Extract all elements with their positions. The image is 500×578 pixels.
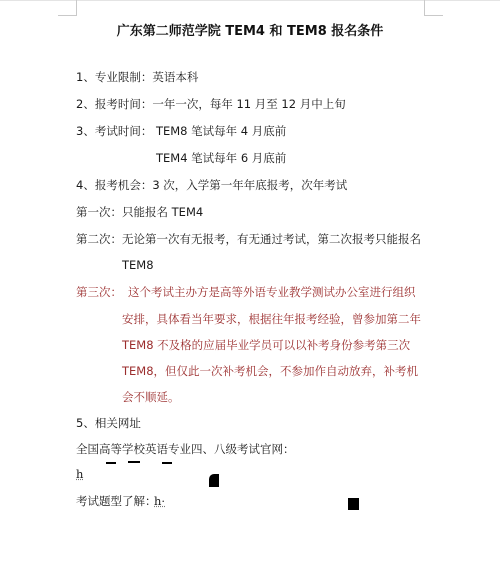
second-attempt-continued: TEM8 [122,257,154,273]
official-site-label: 全国高等学校英语专业四、八级考试官网： [76,441,295,457]
exam-types-label: 考试题型了解： [76,493,157,509]
document-title: 广东第二师范学院 TEM4 和 TEM8 报名条件 [0,20,500,39]
third-attempt-label: 第三次： [76,284,122,300]
third-attempt-line-5: 会不顺延。 [122,389,180,405]
redaction-mark [128,461,140,463]
page-corner-mark-right [424,0,443,16]
redaction-mark [106,462,116,464]
item-exam-time-tem4: TEM4 笔试每年 6 月底前 [156,150,286,166]
exam-types-link[interactable]: h· [154,493,165,509]
first-attempt: 第一次：只能报名 TEM4 [76,204,203,220]
item-exam-time: 3、考试时间： TEM8 笔试每年 4 月底前 [76,123,286,139]
third-attempt-line-3: TEM8 不及格的应届毕业学员可以以补考身份参考第三次 [122,337,410,353]
second-attempt: 第二次：无论第一次有无报考，有无通过考试，第二次报考只能报名 [76,231,421,247]
item-registration-time: 2、报考时间：一年一次，每年 11 月至 12 月中上旬 [76,96,346,112]
third-attempt-line-1: 这个考试主办方是高等外语专业教学测试办公室进行组织 [128,284,416,300]
page-corner-mark-left [58,0,77,16]
item-major-restriction: 1、专业限制：英语本科 [76,69,198,85]
item-related-links: 5、相关网址 [76,415,141,431]
third-attempt-line-4: TEM8，但仅此一次补考机会，不参加作自动放弃，补考机 [122,363,418,379]
redaction-block [348,498,359,510]
redaction-block [209,474,219,487]
official-site-link[interactable]: h [76,466,83,482]
item-registration-chances: 4、报考机会：3 次，入学第一年年底报考，次年考试 [76,177,347,193]
redaction-mark [162,462,172,464]
third-attempt-line-2: 安排，具体看当年要求，根据往年报考经验，曾参加第二年 [122,311,421,327]
